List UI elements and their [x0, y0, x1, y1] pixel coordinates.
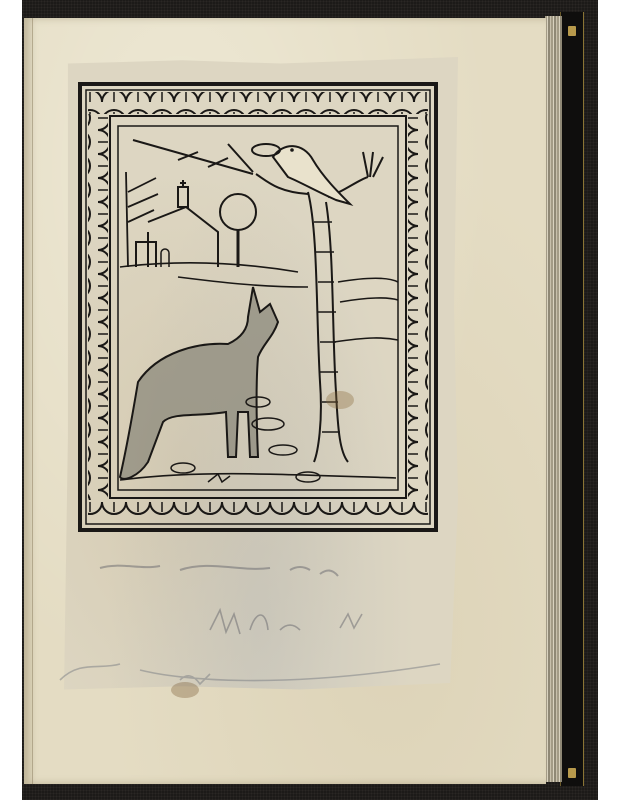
- page-fore-edge: [545, 16, 562, 782]
- woodcut-illustration: [78, 82, 438, 534]
- pencil-scribbles: [40, 540, 460, 710]
- gutter-line: [32, 18, 33, 784]
- book-board-edge: [560, 12, 584, 786]
- gilt-corner-ornament-icon: [568, 768, 576, 778]
- gilt-corner-ornament-icon: [568, 26, 576, 36]
- pencil-marginalia: [40, 540, 460, 710]
